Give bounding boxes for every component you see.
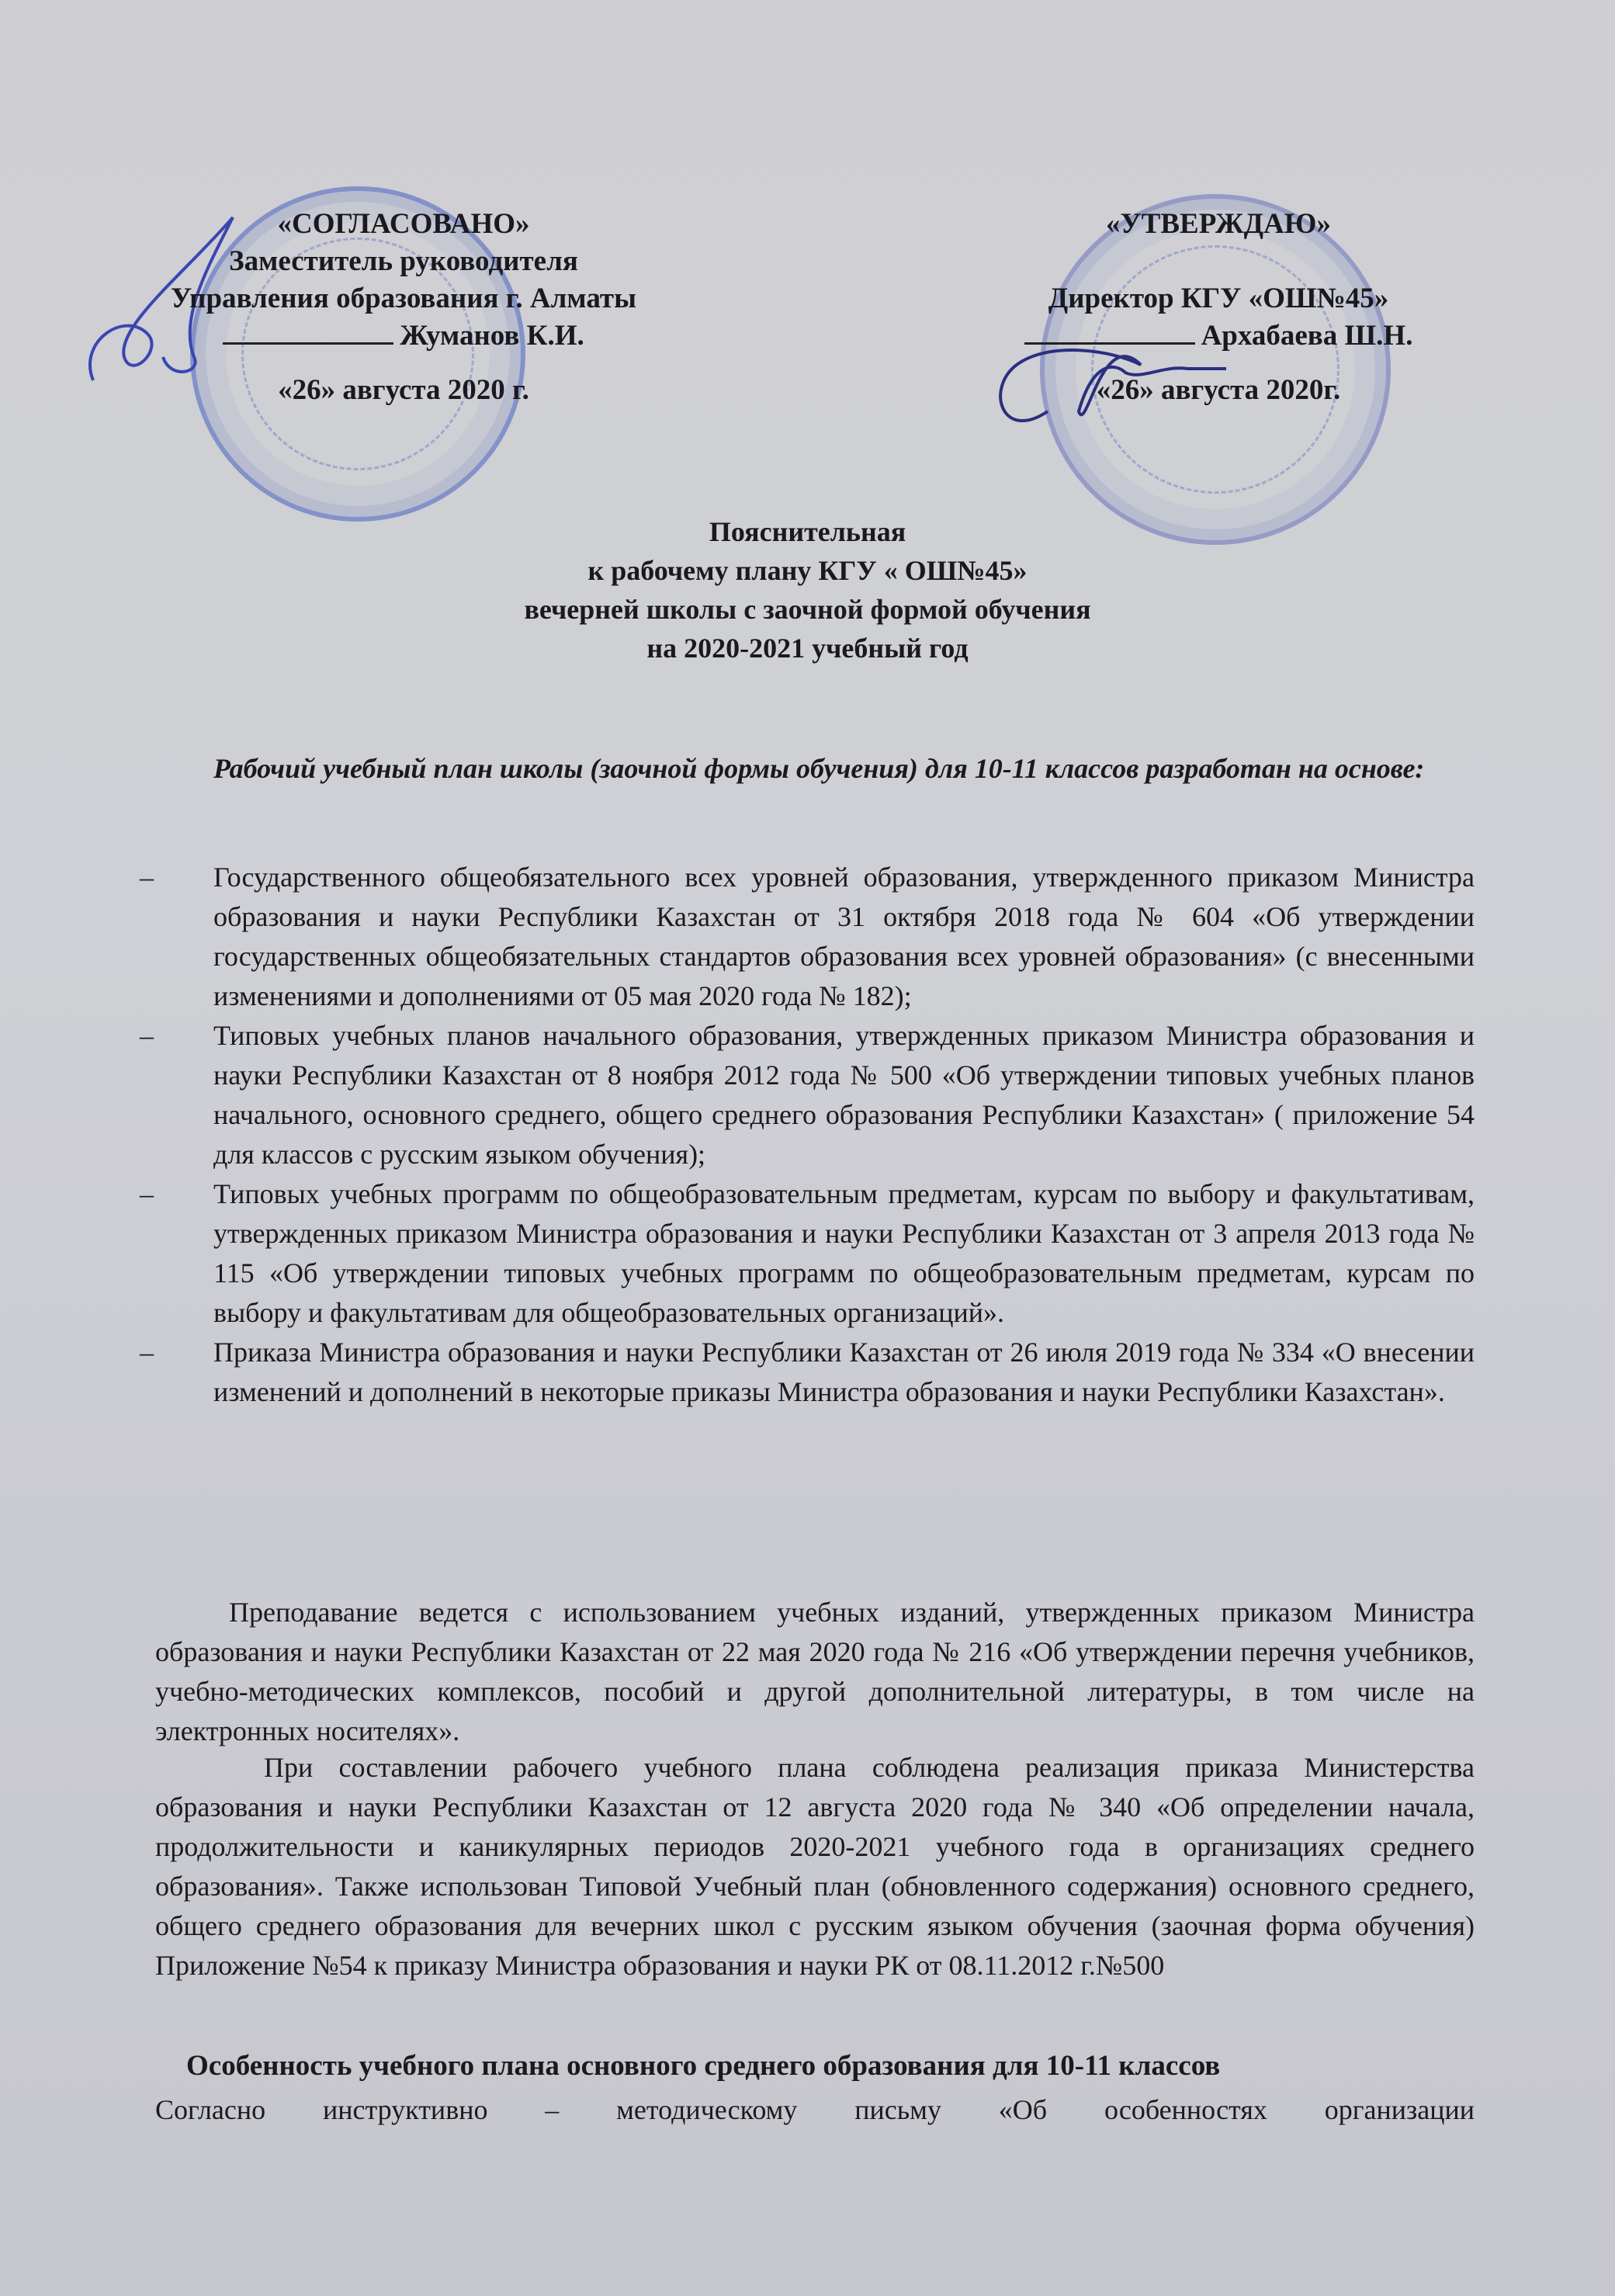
instructive-letter-paragraph: Согласно инструктивно – методическому пи… (155, 2090, 1475, 2130)
approval-signatory-line: Жуманов К.И. (116, 317, 691, 355)
dash-bullet: – (140, 1174, 154, 1214)
approval-date: «26» августа 2020г. (1001, 372, 1436, 409)
list-item: – Типовых учебных планов начального обра… (140, 1016, 1475, 1174)
list-item: – Типовых учебных программ по общеобразо… (140, 1174, 1475, 1333)
approval-position: Заместитель руководителя (116, 243, 691, 280)
approval-department: Управления образования г. Алматы (116, 280, 691, 317)
approval-position: Директор КГУ «ОШ№45» (1001, 280, 1436, 317)
list-item-text: Типовых учебных программ по общеобразова… (213, 1178, 1475, 1328)
spacer (1001, 243, 1436, 280)
document-page: «СОГЛАСОВАНО» Заместитель руководителя У… (0, 0, 1615, 2296)
document-title: Пояснительная к рабочему плану КГУ « ОШ№… (0, 512, 1615, 668)
list-item-text: Государственного общеобязательного всех … (213, 862, 1475, 1011)
approval-signatory-line: Архабаева Ш.Н. (1001, 317, 1436, 355)
teaching-materials-paragraph: Преподавание ведется с использованием уч… (155, 1593, 1475, 1751)
plan-composition-paragraph: При составлении рабочего учебного плана … (155, 1748, 1475, 1986)
approval-signatory: Архабаева Ш.Н. (1201, 320, 1413, 352)
list-item: – Государственного общеобязательного все… (140, 858, 1475, 1016)
left-approval-block: «СОГЛАСОВАНО» Заместитель руководителя У… (116, 206, 691, 409)
approval-heading: «СОГЛАСОВАНО» (116, 206, 691, 243)
right-approval-block: «УТВЕРЖДАЮ» Директор КГУ «ОШ№45» Архабае… (1001, 206, 1436, 409)
signature-underline (223, 319, 393, 345)
spacer (116, 355, 691, 372)
section-heading: Особенность учебного плана основного сре… (186, 2049, 1220, 2083)
signature-underline (1024, 319, 1195, 345)
list-item: – Приказа Министра образования и науки Р… (140, 1333, 1475, 1412)
title-line-2: к рабочему плану КГУ « ОШ№45» (0, 551, 1615, 590)
list-item-text: Типовых учебных планов начального образо… (213, 1020, 1475, 1170)
approval-date: «26» августа 2020 г. (116, 372, 691, 409)
title-line-1: Пояснительная (0, 512, 1615, 551)
basis-list: – Государственного общеобязательного все… (140, 858, 1475, 1412)
approval-signatory: Жуманов К.И. (400, 320, 584, 352)
approval-heading: «УТВЕРЖДАЮ» (1001, 206, 1436, 243)
list-item-text: Приказа Министра образования и науки Рес… (213, 1337, 1475, 1407)
spacer (1001, 355, 1436, 372)
title-line-4: на 2020-2021 учебный год (0, 629, 1615, 668)
intro-paragraph: Рабочий учебный план школы (заочной форм… (140, 749, 1475, 789)
dash-bullet: – (140, 858, 154, 897)
dash-bullet: – (140, 1333, 154, 1372)
dash-bullet: – (140, 1016, 154, 1056)
title-line-3: вечерней школы с заочной формой обучения (0, 590, 1615, 629)
